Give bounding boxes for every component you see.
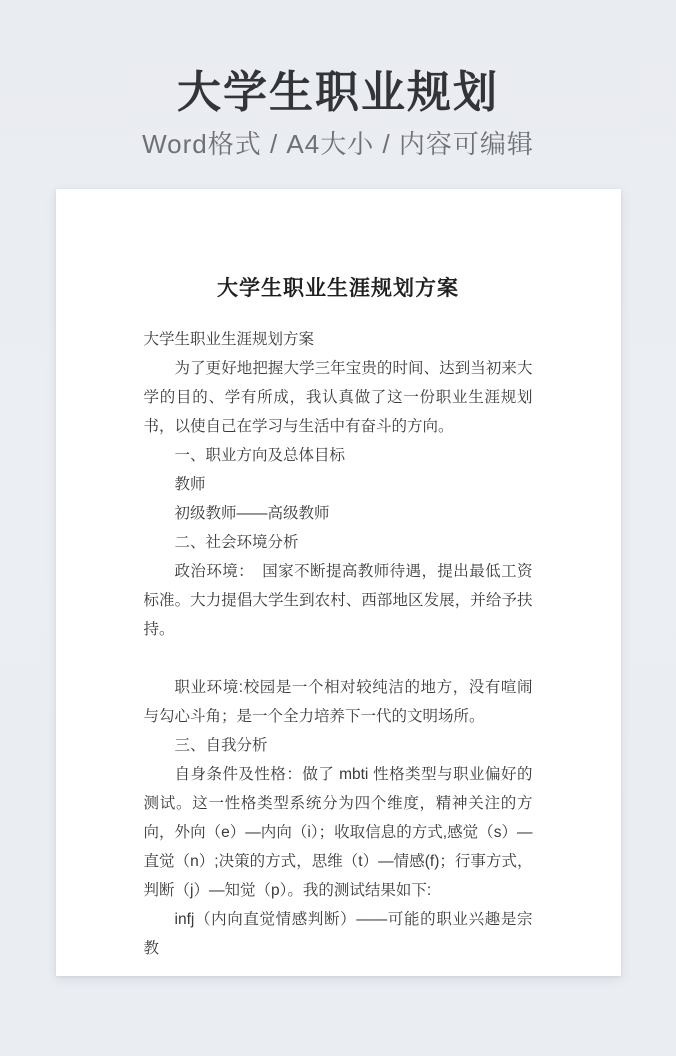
page-background: 大学生职业规划 Word格式 / A4大小 / 内容可编辑 大学生职业生涯规划方… bbox=[0, 0, 676, 976]
document-paragraph: 教师 bbox=[144, 470, 533, 499]
document-body: 大学生职业生涯规划方案为了更好地把握大学三年宝贵的时间、达到当初来大学的目的、学… bbox=[144, 325, 533, 963]
document-paragraph: 自身条件及性格：做了 mbti 性格类型与职业偏好的测试。这一性格类型系统分为四… bbox=[144, 760, 533, 905]
document-paragraph: 职业环境:校园是一个相对较纯洁的地方，没有喧闹与勾心斗角；是一个全力培养下一代的… bbox=[144, 673, 533, 731]
document-paragraph bbox=[144, 644, 533, 673]
document-title: 大学生职业生涯规划方案 bbox=[144, 273, 533, 303]
document-paragraph: 初级教师——高级教师 bbox=[144, 499, 533, 528]
document-paragraph: 为了更好地把握大学三年宝贵的时间、达到当初来大学的目的、学有所成，我认真做了这一… bbox=[144, 354, 533, 441]
document-paragraph: 政治环境： 国家不断提高教师待遇，提出最低工资标准。大力提倡大学生到农村、西部地… bbox=[144, 557, 533, 644]
header: 大学生职业规划 Word格式 / A4大小 / 内容可编辑 bbox=[0, 0, 676, 160]
document-paragraph: 三、自我分析 bbox=[144, 731, 533, 760]
document-paragraph: 大学生职业生涯规划方案 bbox=[144, 325, 533, 354]
document-paragraph: 一、职业方向及总体目标 bbox=[144, 441, 533, 470]
page-title: 大学生职业规划 bbox=[0, 70, 676, 116]
page-subtitle: Word格式 / A4大小 / 内容可编辑 bbox=[0, 128, 676, 160]
document-paragraph: 二、社会环境分析 bbox=[144, 528, 533, 557]
document-preview-card[interactable]: 大学生职业生涯规划方案 大学生职业生涯规划方案为了更好地把握大学三年宝贵的时间、… bbox=[56, 189, 621, 976]
document-paragraph: infj（内向直觉情感判断）——可能的职业兴趣是宗教 bbox=[144, 905, 533, 963]
